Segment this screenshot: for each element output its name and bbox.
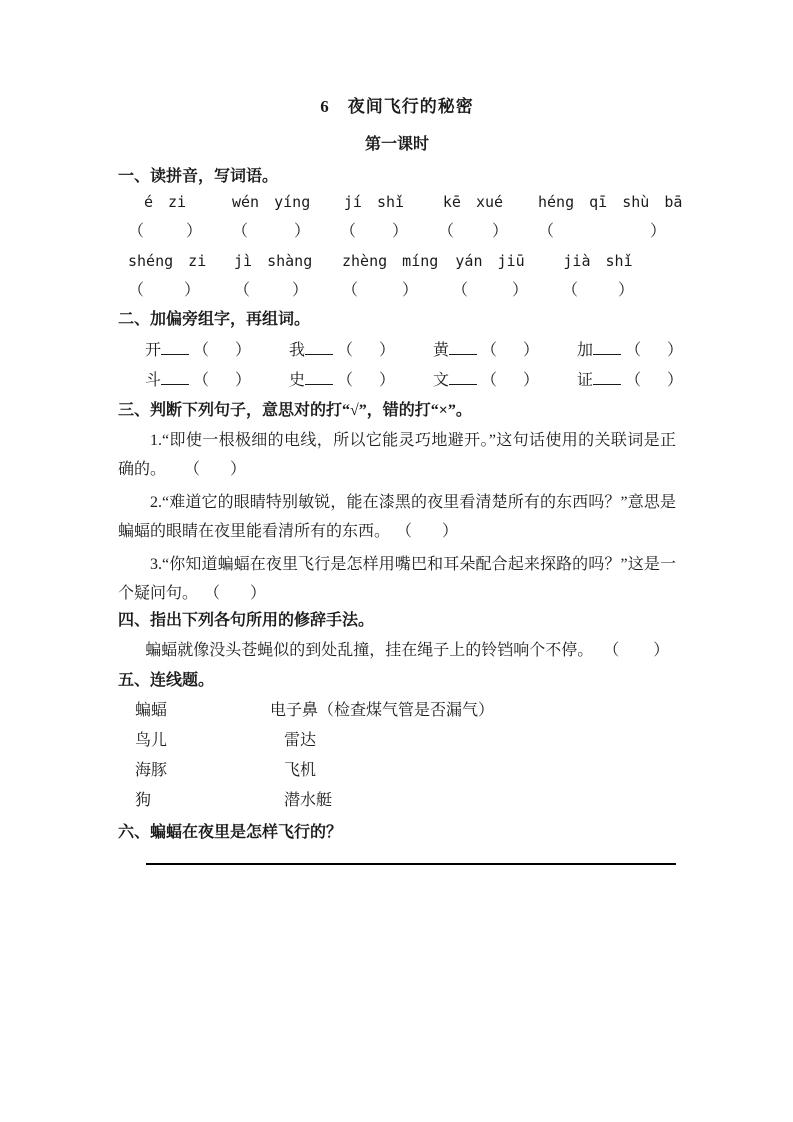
pinyin-label: jí shǐ [340,193,408,211]
pinyin-group: kē xué （） [438,193,508,243]
open-paren: （ [342,280,358,302]
match-left-item: 蝙蝠 [135,696,270,726]
pinyin-row-1: é zi （） wén yíng （） jí shǐ （） kē xué （） … [128,193,676,243]
close-paren: ） [184,280,200,302]
answer-brackets: （） [193,336,251,366]
open-paren: （ [232,221,248,243]
blank-underline [593,340,621,355]
close-paren: ） [379,336,395,366]
pinyin-label: jià shǐ [562,252,634,270]
section-rhetoric: 四、指出下列各句所用的修辞手法。 蝙蝠就像没头苍蝇似的到处乱撞，挂在绳子上的铃铛… [118,610,676,665]
answer-brackets: （） [603,636,669,665]
section-judgment: 三、判断下列句子，意思对的打“√”，错的打“×”。 1.“即使一根极细的电线，所… [118,400,676,608]
blank-underline [449,340,477,355]
match-right-item: 潜水艇 [270,786,332,816]
section-pinyin: 一、读拼音，写词语。 é zi （） wén yíng （） jí shǐ （）… [118,166,676,302]
close-paren: ） [523,336,539,366]
close-paren: ） [618,280,634,302]
close-paren: ） [186,221,202,243]
section-matching: 五、连线题。 蝙蝠 电子鼻（检查煤气管是否漏气） 鸟儿 雷达 海豚 飞机 狗 潜… [118,670,676,816]
answer-brackets: （） [481,336,539,366]
answer-brackets: （） [232,221,310,243]
judgment-text: 3.“你知道蝙蝠在夜里飞行是怎样用嘴巴和耳朵配合起来探路的吗？”这是一个疑问句。 [118,556,676,602]
close-paren: ） [230,455,246,484]
answer-brackets: （） [481,366,539,396]
pinyin-label: kē xué [438,193,508,211]
answer-brackets: （） [538,221,666,243]
close-paren: ） [292,280,308,302]
answer-brackets: （） [128,280,200,302]
close-paren: ） [650,221,666,243]
pinyin-group: jià shǐ （） [562,252,634,302]
open-paren: （ [193,336,209,366]
pinyin-group: yán jiū （） [452,252,528,302]
judgment-item: 2.“难道它的眼睛特别敏锐，能在漆黑的夜里看清楚所有的东西吗？”意思是蝙蝠的眼睛… [118,488,676,546]
open-paren: （ [481,336,497,366]
radical-item: 加（） [577,336,683,366]
page-title: 6 夜间飞行的秘密 [118,96,676,118]
match-left-item: 海豚 [135,756,270,786]
base-character: 开 [145,336,161,366]
pinyin-label: é zi [128,193,202,211]
blank-underline [161,340,189,355]
open-paren: （ [481,366,497,396]
pinyin-label: jì shàng [234,252,308,270]
blank-underline [449,370,477,385]
base-character: 加 [577,336,593,366]
radical-item: 斗（） [145,366,251,396]
answer-brackets: （） [193,366,251,396]
judgment-item: 3.“你知道蝙蝠在夜里飞行是怎样用嘴巴和耳朵配合起来探路的吗？”这是一个疑问句。… [118,550,676,608]
section-4-heading: 四、指出下列各句所用的修辞手法。 [118,610,676,632]
match-right-item: 飞机 [270,756,316,786]
answer-brackets: （） [234,280,308,302]
rhetoric-sentence: 蝙蝠就像没头苍蝇似的到处乱撞，挂在绳子上的铃铛响个不停。 [145,642,593,659]
open-paren: （ [603,636,619,665]
pinyin-group: shéng zi （） [128,252,200,302]
close-paren: ） [667,336,683,366]
close-paren: ） [235,366,251,396]
worksheet-page: 6 夜间飞行的秘密 第一课时 一、读拼音，写词语。 é zi （） wén yí… [0,0,793,1122]
pinyin-group: jí shǐ （） [340,193,408,243]
answer-brackets: （） [396,517,458,546]
open-paren: （ [340,221,356,243]
close-paren: ） [392,221,408,243]
open-paren: （ [625,336,641,366]
close-paren: ） [250,579,266,608]
answer-brackets: （） [340,221,408,243]
matching-row: 海豚 飞机 [118,756,676,786]
base-character: 史 [289,366,305,396]
pinyin-label: wén yíng [232,193,310,211]
answer-brackets: （） [452,280,528,302]
radical-item: 文（） [433,366,539,396]
radical-item: 黄（） [433,336,539,366]
radical-row-2: 斗（） 史（） 文（） 证（） [145,366,676,396]
pinyin-group: jì shàng （） [234,252,308,302]
open-paren: （ [337,336,353,366]
open-paren: （ [452,280,468,302]
close-paren: ） [653,636,669,665]
pinyin-label: héng qī shù bā [538,193,666,211]
blank-underline [593,370,621,385]
answer-brackets: （） [625,366,683,396]
open-paren: （ [234,280,250,302]
open-paren: （ [337,366,353,396]
section-6-heading: 六、蝙蝠在夜里是怎样飞行的？ [118,822,676,844]
pinyin-group: wén yíng （） [232,193,310,243]
pinyin-row-2: shéng zi （） jì shàng （） zhèng míng （） yá… [128,252,676,302]
close-paren: ） [512,280,528,302]
section-2-heading: 二、加偏旁组字，再组词。 [118,309,676,331]
radical-item: 开（） [145,336,251,366]
open-paren: （ [438,221,454,243]
matching-row: 狗 潜水艇 [118,786,676,816]
matching-row: 鸟儿 雷达 [118,726,676,756]
radical-item: 我（） [289,336,395,366]
base-character: 黄 [433,336,449,366]
open-paren: （ [538,221,554,243]
pinyin-group: é zi （） [128,193,202,243]
pinyin-label: zhèng míng [342,252,418,270]
open-paren: （ [204,579,220,608]
base-character: 文 [433,366,449,396]
judgment-item: 1.“即使一根极细的电线，所以它能灵巧地避开。”这句话使用的关联词是正确的。（） [118,426,676,484]
pinyin-group: héng qī shù bā （） [538,193,666,243]
radical-row-1: 开（） 我（） 黄（） 加（） [145,336,676,366]
answer-brackets: （） [562,280,634,302]
answer-brackets: （） [184,455,246,484]
base-character: 证 [577,366,593,396]
answer-brackets: （） [337,336,395,366]
section-free-response: 六、蝙蝠在夜里是怎样飞行的？ [118,822,676,865]
answer-brackets: （） [128,221,202,243]
close-paren: ） [442,517,458,546]
close-paren: ） [523,366,539,396]
answer-brackets: （） [342,280,418,302]
answer-brackets: （） [337,366,395,396]
answer-brackets: （） [204,579,266,608]
close-paren: ） [235,336,251,366]
open-paren: （ [193,366,209,396]
open-paren: （ [625,366,641,396]
close-paren: ） [492,221,508,243]
open-paren: （ [128,280,144,302]
match-left-item: 狗 [135,786,270,816]
section-5-heading: 五、连线题。 [118,670,676,692]
match-left-item: 鸟儿 [135,726,270,756]
base-character: 斗 [145,366,161,396]
matching-row: 蝙蝠 电子鼻（检查煤气管是否漏气） [118,696,676,726]
open-paren: （ [128,221,144,243]
radical-item: 史（） [289,366,395,396]
blank-underline [305,370,333,385]
close-paren: ） [667,366,683,396]
base-character: 我 [289,336,305,366]
rhetoric-sentence-row: 蝙蝠就像没头苍蝇似的到处乱撞，挂在绳子上的铃铛响个不停。（） [118,636,676,665]
pinyin-label: yán jiū [452,252,528,270]
open-paren: （ [562,280,578,302]
match-right-item: 雷达 [270,726,316,756]
radical-item: 证（） [577,366,683,396]
answer-brackets: （） [438,221,508,243]
close-paren: ） [379,366,395,396]
section-1-heading: 一、读拼音，写词语。 [118,166,676,188]
section-radicals: 二、加偏旁组字，再组词。 开（） 我（） 黄（） 加（） 斗（） 史（） [118,309,676,396]
close-paren: ） [402,280,418,302]
page-subtitle: 第一课时 [118,134,676,156]
matching-table: 蝙蝠 电子鼻（检查煤气管是否漏气） 鸟儿 雷达 海豚 飞机 狗 潜水艇 [118,696,676,816]
open-paren: （ [184,455,200,484]
open-paren: （ [396,517,412,546]
answer-brackets: （） [625,336,683,366]
blank-underline [161,370,189,385]
pinyin-group: zhèng míng （） [342,252,418,302]
blank-underline [305,340,333,355]
match-right-item: 电子鼻（检查煤气管是否漏气） [270,696,494,726]
answer-writing-line [146,862,676,865]
pinyin-label: shéng zi [128,252,200,270]
close-paren: ） [294,221,310,243]
section-3-heading: 三、判断下列句子，意思对的打“√”，错的打“×”。 [118,400,676,422]
